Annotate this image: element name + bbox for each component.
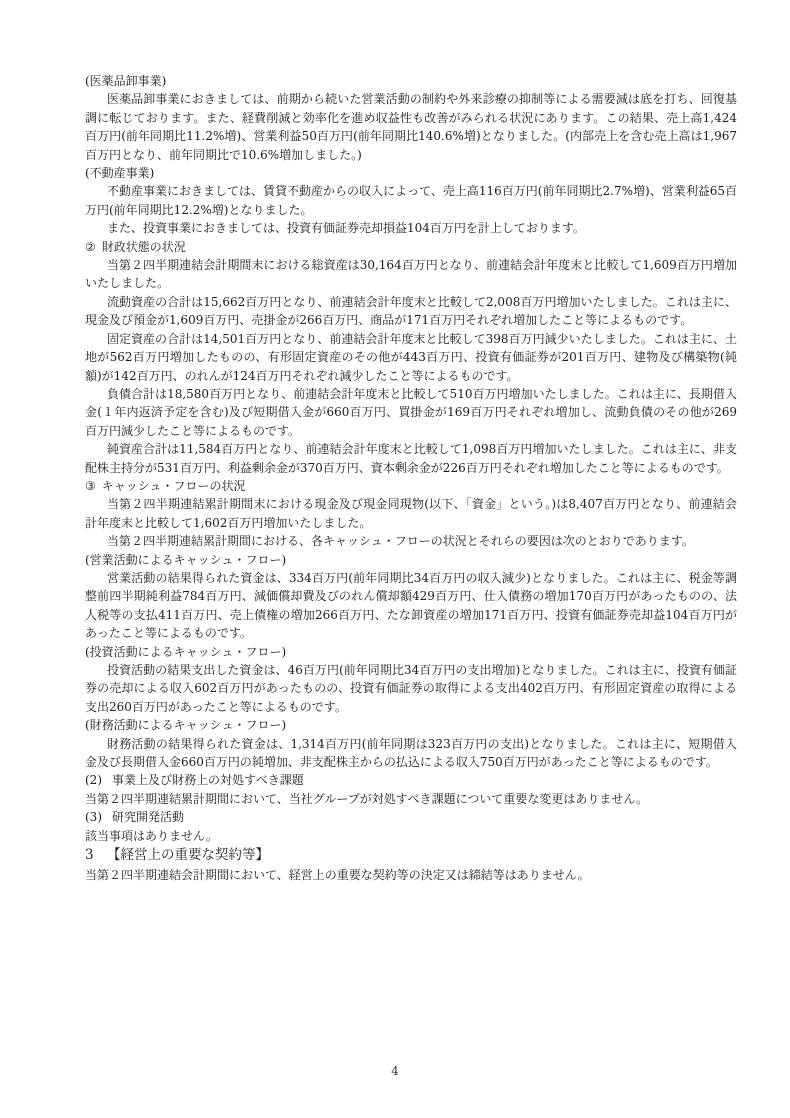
heading-important-contracts: 3【経営上の重要な契約等】 xyxy=(85,845,737,866)
heading-financial-position: ②財政状態の状況 xyxy=(85,238,737,256)
para-cash-balance: 当第２四半期連結累計期間末における現金及び現金同現物(以下、「資金」という。)は… xyxy=(85,495,737,532)
document-page: (医薬品卸事業) 医薬品卸事業におきましては、前期から続いた営業活動の制約や外来… xyxy=(0,0,790,1118)
section-marker-2: ② xyxy=(85,240,96,254)
heading-real-estate: (不動産事業) xyxy=(85,164,737,182)
heading-pharma-wholesale: (医薬品卸事業) xyxy=(85,72,737,90)
para-current-assets: 流動資産の合計は15,662百万円となり、前連結会計年度末と比較して2,008百… xyxy=(85,293,737,330)
para-operating-cf: 営業活動の結果得られた資金は、334百万円(前年同期比34百万円の収入減少)とな… xyxy=(85,569,737,643)
section-title-financial-position: 財政状態の状況 xyxy=(102,240,186,254)
heading-operating-cf: (営業活動によるキャッシュ・フロー) xyxy=(85,551,737,569)
heading-financing-cf: (財務活動によるキャッシュ・フロー) xyxy=(85,716,737,734)
para-investing-cf: 投資活動の結果支出した資金は、46百万円(前年同期比34百万円の支出増加)となり… xyxy=(85,661,737,716)
para-total-assets: 当第２四半期連結会計期間末における総資産は30,164百万円となり、前連結会計年… xyxy=(85,256,737,293)
item-marker-2: (2) xyxy=(85,771,112,789)
para-financing-cf: 財務活動の結果得られた資金は、1,314百万円(前年同期は323百万円の支出)と… xyxy=(85,735,737,772)
item-title-rd-activities: 研究開発活動 xyxy=(112,810,184,824)
para-pharma-wholesale: 医薬品卸事業におきましては、前期から続いた営業活動の制約や外来診療の抑制等による… xyxy=(85,90,737,164)
para-liabilities: 負債合計は18,580百万円となり、前連結会計年度末と比較して510百万円増加い… xyxy=(85,385,737,440)
heading-investing-cf: (投資活動によるキャッシュ・フロー) xyxy=(85,643,737,661)
section-title-cash-flow: キャッシュ・フローの状況 xyxy=(102,479,246,493)
heading-cash-flow: ③キャッシュ・フローの状況 xyxy=(85,477,737,495)
para-cash-flow-intro: 当第２四半期連結累計期間における、各キャッシュ・フローの状況とそれらの要因は次の… xyxy=(85,532,737,550)
para-investment-note: また、投資事業におきましては、投資有価証券売却損益104百万円を計上しております… xyxy=(85,219,737,237)
item-title-business-issues: 事業上及び財務上の対処すべき課題 xyxy=(112,773,304,787)
document-content: (医薬品卸事業) 医薬品卸事業におきましては、前期から続いた営業活動の制約や外来… xyxy=(85,72,737,884)
section-marker-3: ③ xyxy=(85,479,96,493)
heading-rd-activities: (3)研究開発活動 xyxy=(85,808,737,826)
para-fixed-assets: 固定資産の合計は14,501百万円となり、前連結会計年度末と比較して398百万円… xyxy=(85,330,737,385)
page-number: 4 xyxy=(0,1062,790,1080)
chapter-title-important-contracts: 【経営上の重要な契約等】 xyxy=(107,847,269,863)
para-real-estate: 不動産事業におきましては、賃貸不動産からの収入によって、売上高116百万円(前年… xyxy=(85,182,737,219)
heading-business-issues: (2)事業上及び財務上の対処すべき課題 xyxy=(85,771,737,789)
para-business-issues: 当第２四半期連結累計期間において、当社グループが対処すべき課題について重要な変更… xyxy=(85,790,737,808)
item-marker-3: (3) xyxy=(85,808,112,826)
chapter-marker-3: 3 xyxy=(85,845,107,866)
para-important-contracts: 当第２四半期連結会計期間において、経営上の重要な契約等の決定又は締結等はありませ… xyxy=(85,866,737,884)
para-net-assets: 純資産合計は11,584百万円となり、前連結会計年度末と比較して1,098百万円… xyxy=(85,440,737,477)
para-rd-activities: 該当事項はありません。 xyxy=(85,827,737,845)
